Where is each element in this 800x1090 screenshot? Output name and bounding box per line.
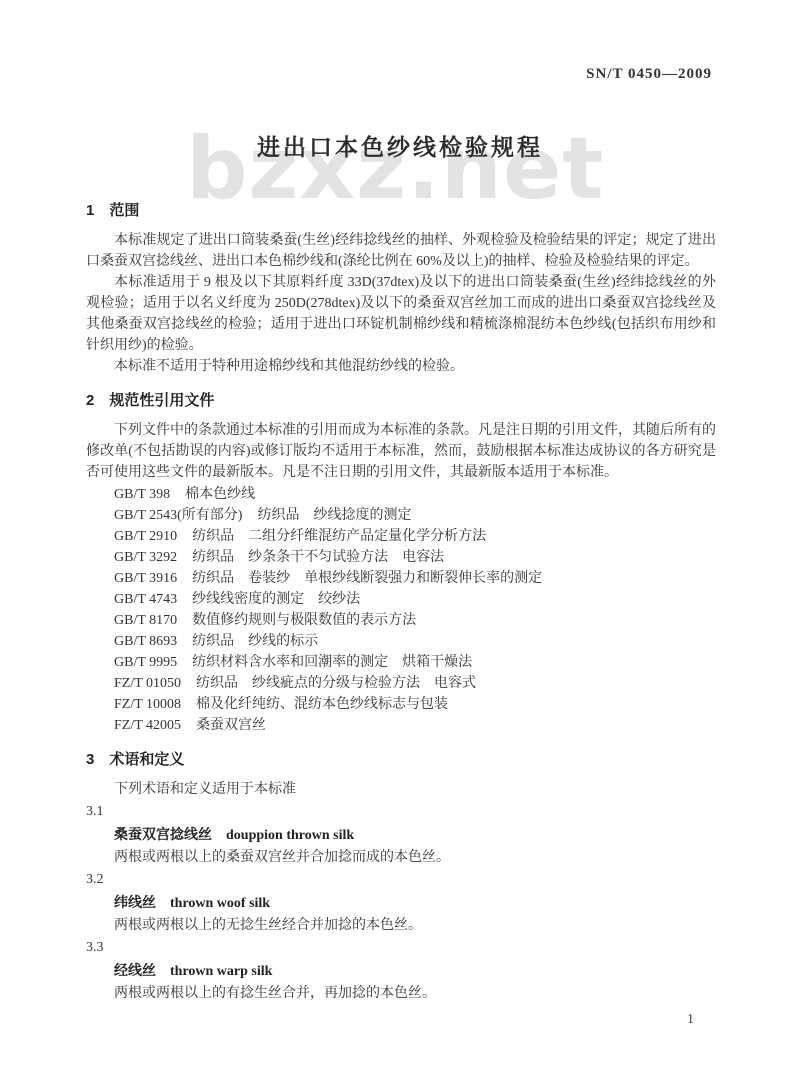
section-heading-scope: 1范围 xyxy=(86,200,716,222)
reference-item: GB/T 9995纺织材料含水率和回潮率的测定 烘箱干燥法 xyxy=(114,652,716,673)
section-title: 规范性引用文件 xyxy=(109,392,214,409)
reference-item: GB/T 8693纺织品 纱线的标示 xyxy=(114,631,716,652)
term-number: 3.1 xyxy=(86,801,716,823)
term-definition: 两根或两根以上的桑蚕双宫丝并合加捻而成的本色丝。 xyxy=(114,847,716,869)
reference-title: 纺织品 纱线捻度的测定 xyxy=(257,508,411,523)
term-name-en: douppion thrown silk xyxy=(226,828,354,843)
section-number: 2 xyxy=(86,392,94,409)
document-code: SN/T 0450—2009 xyxy=(586,66,712,83)
term-name-cn: 纬线丝 xyxy=(114,894,156,910)
reference-code: GB/T 8170 xyxy=(114,613,177,628)
reference-code: GB/T 3916 xyxy=(114,571,177,586)
reference-item: GB/T 4743纱线线密度的测定 绞纱法 xyxy=(114,589,716,610)
reference-code: GB/T 9995 xyxy=(114,655,177,670)
reference-code: GB/T 2543(所有部分) xyxy=(114,508,242,523)
reference-code: FZ/T 10008 xyxy=(114,697,181,712)
reference-code: FZ/T 42005 xyxy=(114,718,181,733)
terms-intro: 下列术语和定义适用于本标准 xyxy=(86,779,716,801)
section-number: 3 xyxy=(86,751,94,768)
scope-paragraph-3: 本标准不适用于特种用途棉纱线和其他混纺纱线的检验。 xyxy=(86,356,716,377)
section-title: 术语和定义 xyxy=(109,751,184,768)
reference-item: GB/T 8170数值修约规则与极限数值的表示方法 xyxy=(114,610,716,631)
reference-title: 纺织品 二组分纤维混纺产品定量化学分析方法 xyxy=(192,529,486,544)
term-name-line: 桑蚕双宫捻线丝douppion thrown silk xyxy=(114,823,716,847)
term-definition: 两根或两根以上的无捻生丝经合并加捻的本色丝。 xyxy=(114,915,716,937)
term-name-line: 纬线丝thrown woof silk xyxy=(114,891,716,915)
term-name-cn: 桑蚕双宫捻线丝 xyxy=(114,826,212,842)
document-body: 1范围 本标准规定了进出口筒装桑蚕(生丝)经纬捻线丝的抽样、外观检验及检验结果的… xyxy=(86,200,716,1005)
reference-item: FZ/T 01050纺织品 纱线疵点的分级与检验方法 电容式 xyxy=(114,673,716,694)
section-heading-terms: 3术语和定义 xyxy=(86,749,716,771)
reference-title: 数值修约规则与极限数值的表示方法 xyxy=(192,613,416,628)
reference-item: GB/T 3916纺织品 卷装纱 单根纱线断裂强力和断裂伸长率的测定 xyxy=(114,568,716,589)
term-block: 3.3 经线丝thrown warp silk 两根或两根以上的有捻生丝合并，再… xyxy=(86,937,716,1005)
term-block: 3.1 桑蚕双宫捻线丝douppion thrown silk 两根或两根以上的… xyxy=(86,801,716,869)
reference-code: GB/T 4743 xyxy=(114,592,177,607)
section-title: 范围 xyxy=(109,202,139,219)
scope-paragraph-2: 本标准适用于 9 根及以下其原料纤度 33D(37dtex)及以下的进出口筒装桑… xyxy=(86,272,716,356)
reference-code: GB/T 3292 xyxy=(114,550,177,565)
reference-item: FZ/T 42005桑蚕双宫丝 xyxy=(114,715,716,736)
references-list: GB/T 398棉本色纱线 GB/T 2543(所有部分)纺织品 纱线捻度的测定… xyxy=(114,484,716,736)
reference-title: 棉本色纱线 xyxy=(185,487,255,502)
reference-code: GB/T 2910 xyxy=(114,529,177,544)
scope-paragraph-1: 本标准规定了进出口筒装桑蚕(生丝)经纬捻线丝的抽样、外观检验及检验结果的评定；规… xyxy=(86,230,716,272)
section-heading-references: 2规范性引用文件 xyxy=(86,390,716,412)
reference-title: 棉及化纤纯纺、混纺本色纱线标志与包装 xyxy=(196,697,448,712)
reference-title: 桑蚕双宫丝 xyxy=(196,718,266,733)
reference-item: FZ/T 10008棉及化纤纯纺、混纺本色纱线标志与包装 xyxy=(114,694,716,715)
reference-title: 纱线线密度的测定 绞纱法 xyxy=(192,592,360,607)
reference-item: GB/T 2543(所有部分)纺织品 纱线捻度的测定 xyxy=(114,505,716,526)
term-name-line: 经线丝thrown warp silk xyxy=(114,959,716,983)
reference-title: 纺织品 纱条条干不匀试验方法 电容法 xyxy=(192,550,444,565)
page-number: 1 xyxy=(687,1012,694,1028)
term-block: 3.2 纬线丝thrown woof silk 两根或两根以上的无捻生丝经合并加… xyxy=(86,869,716,937)
reference-code: GB/T 8693 xyxy=(114,634,177,649)
term-name-en: thrown woof silk xyxy=(170,896,270,911)
reference-code: FZ/T 01050 xyxy=(114,676,181,691)
term-number: 3.3 xyxy=(86,937,716,959)
term-name-en: thrown warp silk xyxy=(170,964,272,979)
term-number: 3.2 xyxy=(86,869,716,891)
term-name-cn: 经线丝 xyxy=(114,962,156,978)
reference-item: GB/T 3292纺织品 纱条条干不匀试验方法 电容法 xyxy=(114,547,716,568)
reference-code: GB/T 398 xyxy=(114,487,170,502)
reference-title: 纺织材料含水率和回潮率的测定 烘箱干燥法 xyxy=(192,655,472,670)
reference-item: GB/T 2910纺织品 二组分纤维混纺产品定量化学分析方法 xyxy=(114,526,716,547)
reference-item: GB/T 398棉本色纱线 xyxy=(114,484,716,505)
section-number: 1 xyxy=(86,202,94,219)
reference-title: 纺织品 纱线疵点的分级与检验方法 电容式 xyxy=(196,676,476,691)
references-intro: 下列文件中的条款通过本标准的引用而成为本标准的条款。凡是注日期的引用文件，其随后… xyxy=(86,420,716,483)
term-definition: 两根或两根以上的有捻生丝合并，再加捻的本色丝。 xyxy=(114,983,716,1005)
reference-title: 纺织品 卷装纱 单根纱线断裂强力和断裂伸长率的测定 xyxy=(192,571,542,586)
page-title: 进出口本色纱线检验规程 xyxy=(0,129,800,162)
reference-title: 纺织品 纱线的标示 xyxy=(192,634,318,649)
